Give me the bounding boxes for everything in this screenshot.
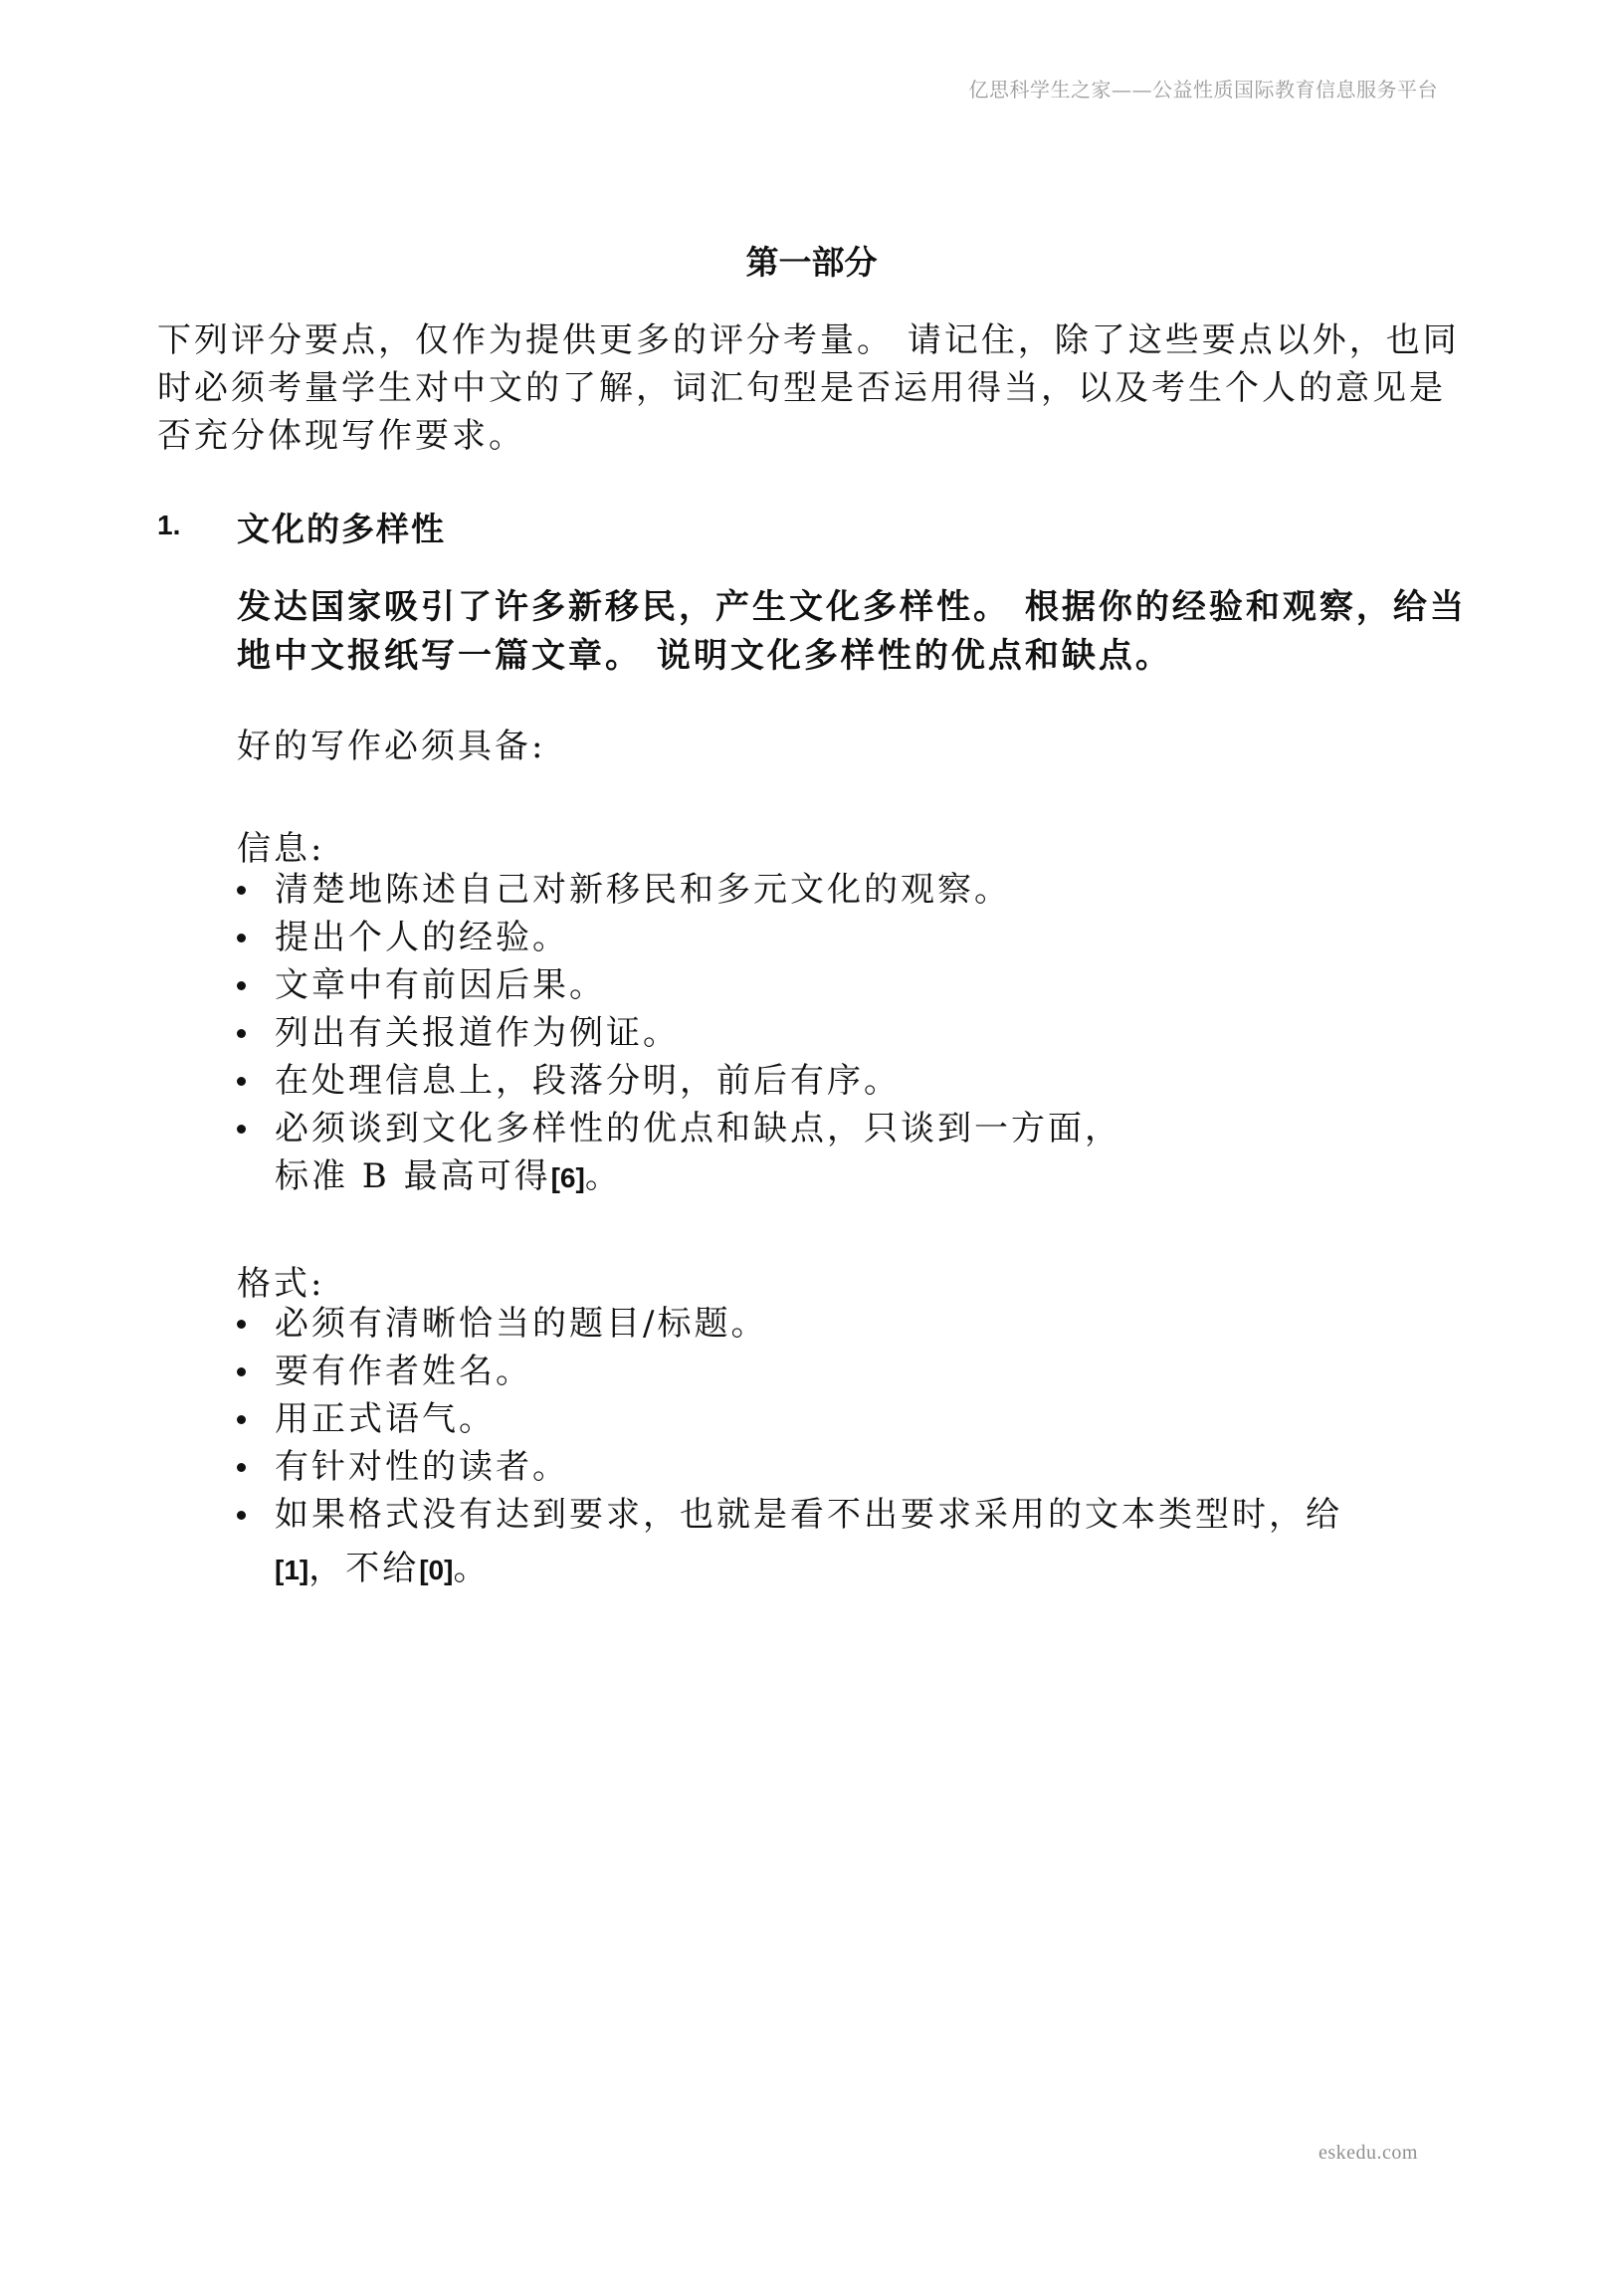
info-label: 信息: <box>237 821 324 870</box>
mark-value: [0] <box>419 1555 453 1585</box>
list-item: 如果格式没有达到要求，也就是看不出要求采用的文本类型时，给 [1]，不给[0]。 <box>237 1491 1471 1594</box>
intro-paragraph: 下列评分要点，仅作为提供更多的评分考量。 请记住，除了这些要点以外，也同时必须考… <box>157 316 1471 460</box>
mark-value: [6] <box>551 1162 585 1193</box>
bullet-icon <box>237 1125 246 1134</box>
requirement-intro: 好的写作必须具备: <box>237 719 545 767</box>
bullet-icon <box>237 1463 246 1472</box>
bullet-icon <box>237 1077 246 1086</box>
bullet-icon <box>237 1415 246 1424</box>
page-footer-domain: eskedu.com <box>1319 2142 1418 2165</box>
list-item: 用正式语气。 <box>237 1395 1471 1443</box>
list-item: 提出个人的经验。 <box>237 914 1471 961</box>
info-list: 清楚地陈述自己对新移民和多元文化的观察。 提出个人的经验。 文章中有前因后果。 … <box>237 866 1471 1202</box>
bullet-icon <box>237 1511 246 1520</box>
item-number: 1. <box>157 510 180 541</box>
list-item: 文章中有前因后果。 <box>237 961 1471 1009</box>
bullet-icon <box>237 934 246 942</box>
mark-value: [1] <box>275 1555 308 1585</box>
writing-prompt: 发达国家吸引了许多新移民，产生文化多样性。 根据你的经验和观察，给当地中文报纸写… <box>237 583 1471 681</box>
list-item: 必须谈到文化多样性的优点和缺点，只谈到一方面， 标准 B 最高可得[6]。 <box>237 1105 1471 1202</box>
bullet-icon <box>237 886 246 895</box>
bullet-icon <box>237 1367 246 1376</box>
list-item: 有针对性的读者。 <box>237 1443 1471 1491</box>
list-item: 清楚地陈述自己对新移民和多元文化的观察。 <box>237 866 1471 914</box>
list-item: 要有作者姓名。 <box>237 1348 1471 1395</box>
bullet-icon <box>237 981 246 990</box>
list-item: 列出有关报道作为例证。 <box>237 1009 1471 1057</box>
item-title: 文化的多样性 <box>237 504 446 550</box>
bullet-icon <box>237 1320 246 1329</box>
bullet-icon <box>237 1029 246 1038</box>
format-label: 格式: <box>237 1256 324 1305</box>
format-list: 必须有清晰恰当的题目/标题。 要有作者姓名。 用正式语气。 有针对性的读者。 如… <box>237 1300 1471 1594</box>
section-title: 第一部分 <box>0 237 1623 284</box>
page-header-site-name: 亿思科学生之家——公益性质国际教育信息服务平台 <box>969 74 1439 103</box>
list-item: 必须有清晰恰当的题目/标题。 <box>237 1300 1471 1348</box>
list-item: 在处理信息上，段落分明，前后有序。 <box>237 1057 1471 1105</box>
